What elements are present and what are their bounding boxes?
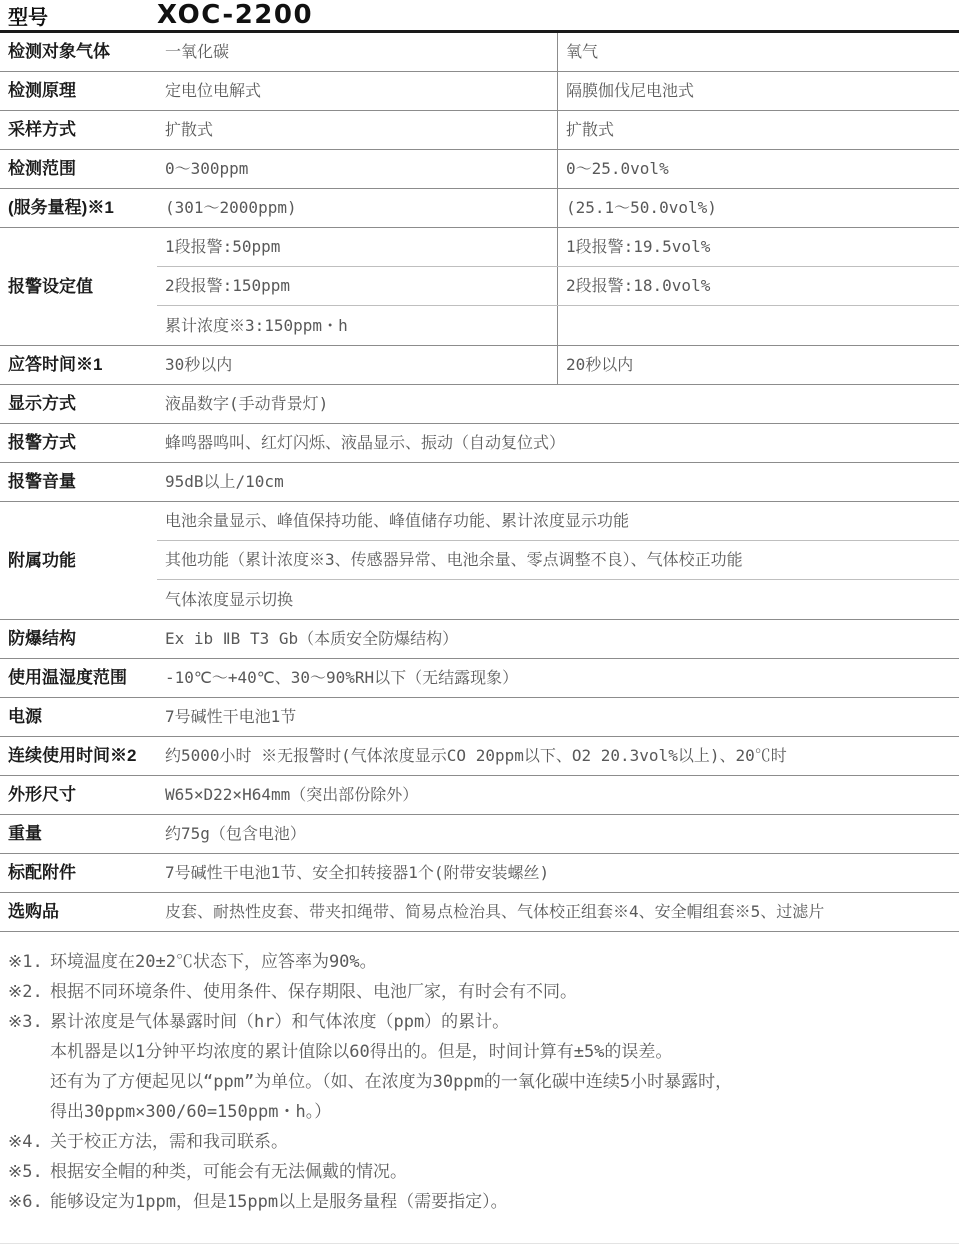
spec-row-features: 附属功能 电池余量显示、峰值保持功能、峰值储存功能、累计浓度显示功能 其他功能（… xyxy=(0,502,959,620)
row-label: 附属功能 xyxy=(0,502,157,619)
row-label: 检测原理 xyxy=(0,72,157,110)
footnote-number: ※1. xyxy=(0,947,50,977)
spec-row-battery-life: 连续使用时间※2 约5000小时 ※无报警时(气体浓度显示CO 20ppm以下、… xyxy=(0,737,959,776)
row-label: 检测范围 xyxy=(0,150,157,188)
o2-value: (25.1～50.0vol%) xyxy=(557,189,959,227)
footnote-text: 累计浓度是气体暴露时间（hr）和气体浓度（ppm）的累计。 xyxy=(50,1007,959,1037)
row-label: 连续使用时间※2 xyxy=(0,737,157,775)
row-value: 95dB以上/10cm xyxy=(157,463,959,501)
o2-value xyxy=(557,306,959,345)
row-value: 蜂鸣器鸣叫、红灯闪烁、液晶显示、振动（自动复位式） xyxy=(157,424,959,462)
spec-row-weight: 重量 约75g（包含电池） xyxy=(0,815,959,854)
footnote-number: ※2. xyxy=(0,977,50,1007)
footnote-number: ※6. xyxy=(0,1187,50,1217)
alarm-subrow-3: 累计浓度※3:150ppm・h xyxy=(157,306,959,345)
spec-row-display: 显示方式 液晶数字(手动背景灯) xyxy=(0,385,959,424)
row-value: 约75g（包含电池） xyxy=(157,815,959,853)
spec-row-target-gas: 检测对象气体 一氧化碳 氧气 xyxy=(0,33,959,72)
row-label: 标配附件 xyxy=(0,854,157,892)
o2-value: 20秒以内 xyxy=(557,346,959,384)
row-value: 7号碱性干电池1节、安全扣转接器1个(附带安装螺丝) xyxy=(157,854,959,892)
row-value: 液晶数字(手动背景灯) xyxy=(157,385,959,423)
spec-row-dimensions: 外形尺寸 W65×D22×H64mm（突出部份除外） xyxy=(0,776,959,815)
o2-value: 隔膜伽伐尼电池式 xyxy=(557,72,959,110)
spec-row-sampling: 采样方式 扩散式 扩散式 xyxy=(0,111,959,150)
co-value: 一氧化碳 xyxy=(157,33,557,71)
spec-row-principle: 检测原理 定电位电解式 隔膜伽伐尼电池式 xyxy=(0,72,959,111)
row-label: 使用温湿度范围 xyxy=(0,659,157,697)
row-label: 电源 xyxy=(0,698,157,736)
model-header: 型号 XOC-2200 xyxy=(0,0,959,33)
o2-value: 1段报警:19.5vol% xyxy=(557,228,959,266)
row-label: 应答时间※1 xyxy=(0,346,157,384)
footnote-number: ※5. xyxy=(0,1157,50,1187)
footnote-6: ※6. 能够设定为1ppm，但是15ppm以上是服务量程（需要指定）。 xyxy=(0,1187,959,1217)
co-value: 1段报警:50ppm xyxy=(157,228,557,266)
row-label: 选购品 xyxy=(0,893,157,931)
spec-row-service-range: (服务量程)※1 (301～2000ppm) (25.1～50.0vol%) xyxy=(0,189,959,228)
footnote-text: 还有为了方便起见以“ppm”为单位。（如、在浓度为30ppm的一氧化碳中连续5小… xyxy=(50,1067,959,1097)
bottom-divider xyxy=(0,1243,959,1244)
footnote-text: 环境温度在20±2℃状态下，应答率为90%。 xyxy=(50,947,959,977)
footnote-text: 得出30ppm×300/60=150ppm・h。） xyxy=(50,1097,959,1127)
row-label: 重量 xyxy=(0,815,157,853)
footnote-4: ※4. 关于校正方法，需和我司联系。 xyxy=(0,1127,959,1157)
model-label: 型号 xyxy=(0,1,157,30)
footnote-3: ※3. 累计浓度是气体暴露时间（hr）和气体浓度（ppm）的累计。 本机器是以1… xyxy=(0,1007,959,1127)
row-value: Ex ib ⅡB T3 Gb（本质安全防爆结构） xyxy=(157,620,959,658)
spec-row-alarm-volume: 报警音量 95dB以上/10cm xyxy=(0,463,959,502)
row-label: (服务量程)※1 xyxy=(0,189,157,227)
alarm-subrow-1: 1段报警:50ppm 1段报警:19.5vol% xyxy=(157,228,959,267)
features-subrow-1: 电池余量显示、峰值保持功能、峰值储存功能、累计浓度显示功能 xyxy=(157,502,959,541)
features-subrow-2: 其他功能（累计浓度※3、传感器异常、电池余量、零点调整不良）、气体校正功能 xyxy=(157,541,959,580)
footnote-2: ※2. 根据不同环境条件、使用条件、保存期限、电池厂家，有时会有不同。 xyxy=(0,977,959,1007)
footnotes: ※1. 环境温度在20±2℃状态下，应答率为90%。 ※2. 根据不同环境条件、… xyxy=(0,947,959,1217)
footnote-text: 根据不同环境条件、使用条件、保存期限、电池厂家，有时会有不同。 xyxy=(50,977,959,1007)
footnote-text: 本机器是以1分钟平均浓度的累计值除以60得出的。但是，时间计算有±5%的误差。 xyxy=(50,1037,959,1067)
row-value: 约5000小时 ※无报警时(气体浓度显示CO 20ppm以下、O2 20.3vo… xyxy=(157,737,959,775)
features-subrow-3: 气体浓度显示切换 xyxy=(157,580,959,619)
co-value: 30秒以内 xyxy=(157,346,557,384)
spec-row-explosion-proof: 防爆结构 Ex ib ⅡB T3 Gb（本质安全防爆结构） xyxy=(0,620,959,659)
o2-value: 0～25.0vol% xyxy=(557,150,959,188)
row-value: 皮套、耐热性皮套、带夹扣绳带、简易点检治具、气体校正组套※4、安全帽组套※5、过… xyxy=(157,893,959,931)
footnote-number: ※4. xyxy=(0,1127,50,1157)
row-label: 显示方式 xyxy=(0,385,157,423)
spec-row-range: 检测范围 0～300ppm 0～25.0vol% xyxy=(0,150,959,189)
co-value: (301～2000ppm) xyxy=(157,189,557,227)
footnote-number: ※3. xyxy=(0,1007,50,1127)
row-label: 报警设定值 xyxy=(0,228,157,345)
footnote-text: 根据安全帽的种类，可能会有无法佩戴的情况。 xyxy=(50,1157,959,1187)
model-number: XOC-2200 xyxy=(157,0,313,30)
row-value: 气体浓度显示切换 xyxy=(157,580,959,619)
o2-value: 扩散式 xyxy=(557,111,959,149)
co-value: 定电位电解式 xyxy=(157,72,557,110)
footnote-1: ※1. 环境温度在20±2℃状态下，应答率为90%。 xyxy=(0,947,959,977)
spec-row-alarm-method: 报警方式 蜂鸣器鸣叫、红灯闪烁、液晶显示、振动（自动复位式） xyxy=(0,424,959,463)
co-value: 0～300ppm xyxy=(157,150,557,188)
co-value: 扩散式 xyxy=(157,111,557,149)
footnote-text: 能够设定为1ppm，但是15ppm以上是服务量程（需要指定）。 xyxy=(50,1187,959,1217)
spec-row-power: 电源 7号碱性干电池1节 xyxy=(0,698,959,737)
footnote-text: 关于校正方法，需和我司联系。 xyxy=(50,1127,959,1157)
features-subrows: 电池余量显示、峰值保持功能、峰值储存功能、累计浓度显示功能 其他功能（累计浓度※… xyxy=(157,502,959,619)
row-value: 电池余量显示、峰值保持功能、峰值储存功能、累计浓度显示功能 xyxy=(157,502,959,540)
row-label: 外形尺寸 xyxy=(0,776,157,814)
row-value: 其他功能（累计浓度※3、传感器异常、电池余量、零点调整不良）、气体校正功能 xyxy=(157,541,959,579)
spec-row-temp-humidity: 使用温湿度范围 -10℃～+40℃、30～90%RH以下（无结露现象） xyxy=(0,659,959,698)
spec-row-accessories: 标配附件 7号碱性干电池1节、安全扣转接器1个(附带安装螺丝) xyxy=(0,854,959,893)
alarm-subrows: 1段报警:50ppm 1段报警:19.5vol% 2段报警:150ppm 2段报… xyxy=(157,228,959,345)
footnote-5: ※5. 根据安全帽的种类，可能会有无法佩戴的情况。 xyxy=(0,1157,959,1187)
row-label: 报警音量 xyxy=(0,463,157,501)
o2-value: 2段报警:18.0vol% xyxy=(557,267,959,305)
spec-row-response-time: 应答时间※1 30秒以内 20秒以内 xyxy=(0,346,959,385)
row-value: 7号碱性干电池1节 xyxy=(157,698,959,736)
co-value: 2段报警:150ppm xyxy=(157,267,557,305)
row-value: -10℃～+40℃、30～90%RH以下（无结露现象） xyxy=(157,659,959,697)
row-value: W65×D22×H64mm（突出部份除外） xyxy=(157,776,959,814)
alarm-subrow-2: 2段报警:150ppm 2段报警:18.0vol% xyxy=(157,267,959,306)
spec-sheet: 型号 XOC-2200 检测对象气体 一氧化碳 氧气 检测原理 定电位电解式 隔… xyxy=(0,0,959,1244)
row-label: 防爆结构 xyxy=(0,620,157,658)
o2-value: 氧气 xyxy=(557,33,959,71)
co-value: 累计浓度※3:150ppm・h xyxy=(157,306,557,345)
row-label: 报警方式 xyxy=(0,424,157,462)
spec-row-alarm-settings: 报警设定值 1段报警:50ppm 1段报警:19.5vol% 2段报警:150p… xyxy=(0,228,959,346)
row-label: 检测对象气体 xyxy=(0,33,157,71)
row-label: 采样方式 xyxy=(0,111,157,149)
spec-row-options: 选购品 皮套、耐热性皮套、带夹扣绳带、简易点检治具、气体校正组套※4、安全帽组套… xyxy=(0,893,959,932)
